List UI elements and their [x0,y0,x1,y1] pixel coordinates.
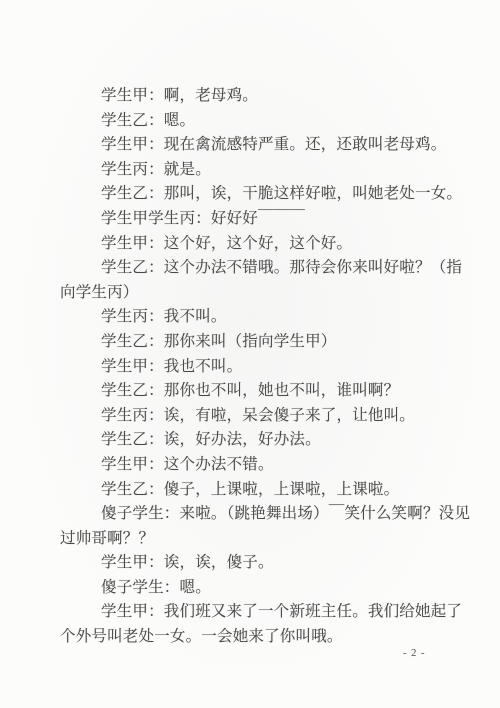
dialogue-paragraph: 学生丙：我不叫。 [60,305,465,330]
dialogue-paragraph: 学生乙：那你也不叫，她也不叫，谁叫啊？ [60,379,465,404]
dialogue-paragraph: 学生甲：我们班又来了一个新班主任。我们给她起了 个外号叫老处一女。一会她来了你叫… [60,600,465,649]
dialogue-paragraph: 学生甲：诶，诶，傻子。 [60,551,465,576]
script-text-block: 学生甲：啊，老母鸡。 学生乙：嗯。 学生甲：现在禽流感特严重。还，还敢叫老母鸡。… [60,84,465,650]
dialogue-paragraph: 学生丙：诶，有啦，呆会傻子来了，让他叫。 [60,404,465,429]
dialogue-paragraph: 学生甲：这个办法不错。 [60,453,465,478]
document-page: 学生甲：啊，老母鸡。 学生乙：嗯。 学生甲：现在禽流感特严重。还，还敢叫老母鸡。… [0,0,500,708]
dialogue-paragraph: 学生乙：那你来叫（指向学生甲） [60,330,465,355]
dialogue-paragraph: 学生甲学生丙：好好好￣￣￣ [60,207,465,232]
dialogue-paragraph: 学生乙：这个办法不错哦。那待会你来叫好啦？（指 向学生丙） [60,256,465,305]
dialogue-paragraph: 学生乙：诶，好办法，好办法。 [60,428,465,453]
dialogue-paragraph: 学生丙：就是。 [60,158,465,183]
dialogue-paragraph: 学生甲：我也不叫。 [60,355,465,380]
dialogue-paragraph: 学生甲：现在禽流感特严重。还，还敢叫老母鸡。 [60,133,465,158]
dialogue-paragraph: 傻子学生：来啦。（跳艳舞出场）￣笑什么笑啊？没见 过帅哥啊？？ [60,502,465,551]
dialogue-paragraph: 傻子学生：嗯。 [60,576,465,601]
page-number: - 2 - [403,648,426,659]
dialogue-paragraph: 学生甲：啊，老母鸡。 [60,84,465,109]
dialogue-paragraph: 学生乙：傻子，上课啦，上课啦，上课啦。 [60,478,465,503]
dialogue-paragraph: 学生甲：这个好，这个好，这个好。 [60,232,465,257]
dialogue-paragraph: 学生乙：那叫，诶，干脆这样好啦，叫她老处一女。 [60,182,465,207]
dialogue-paragraph: 学生乙：嗯。 [60,109,465,134]
